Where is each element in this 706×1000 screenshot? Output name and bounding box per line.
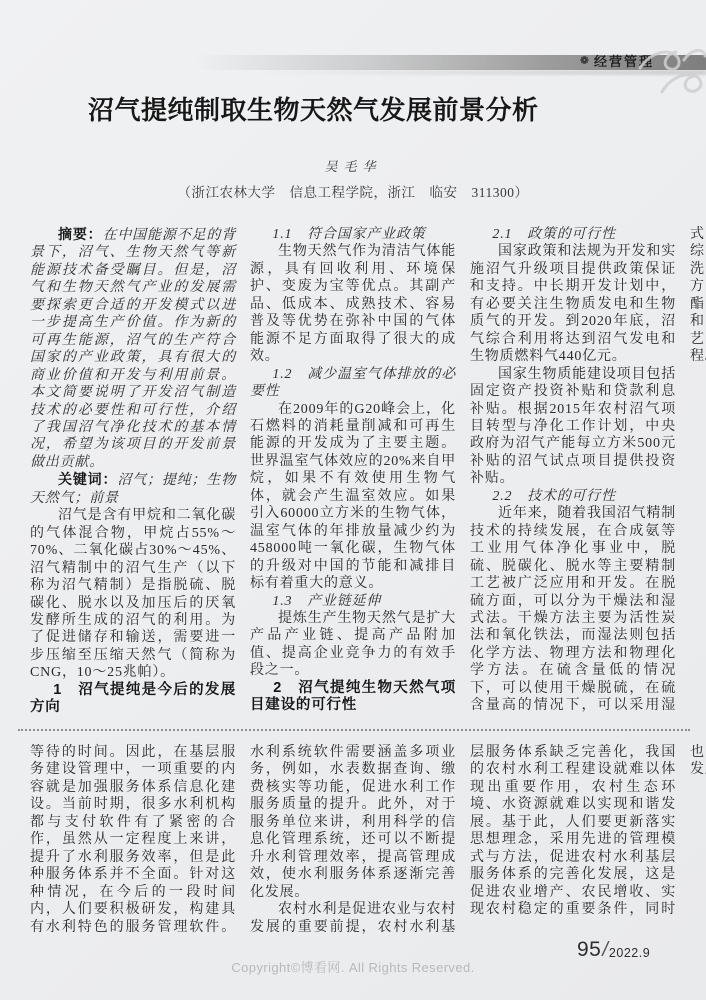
keywords-paragraph: 关键词：沼气；提纯；生物天然气；前景 [30,471,236,507]
paragraph-1-2: 在2009年的G20峰会上，化石燃料的消耗量削减和可再生能源的开发成为了主要主题… [250,401,456,593]
heading-2-1: 2.1 政策的可行性 [470,226,676,243]
abstract-label: 摘要： [58,226,103,242]
intro-paragraph: 沼气是含有甲烷和二氧化碳的气体混合物，甲烷占55%～70%、二氧化碳占30%～4… [30,507,236,682]
paragraph-1-1: 生物天然气作为清洁气体能源，具有回收利用、环境保护、变废为宝等优点。其副产品、低… [250,243,456,365]
abstract-paragraph: 摘要：在中国能源不足的背景下，沼气、生物天然气等新能源技术备受瞩目。但是，沼气和… [30,226,236,471]
corner-flourish-icon [632,40,706,102]
heading-1-2: 1.2 减少温室气体排放的必要性 [250,366,456,401]
paragraph-2-1b: 国家生物质能建设项目包括固定资产投资补贴和贷款利息补贴。根据2015年农村沼气项… [470,366,676,488]
abstract-text: 在中国能源不足的背景下，沼气、生物天然气等新能源技术备受瞩目。但是，沼气和生物天… [30,228,236,470]
paragraph-2-1a: 国家政策和法规为开发和实施沼气升级项目提供政策保证和支持。中长期开发计划中，有必… [470,243,676,365]
journal-page: ❁ 经营管理 沼气提纯制取生物天然气发展前景分析 吴毛华 （浙江农林大学 信息工… [0,0,706,1000]
article-body: 摘要：在中国能源不足的背景下，沼气、生物天然气等新能源技术备受瞩目。但是，沼气和… [30,226,676,728]
copyright-notice: Copyright©博看网. All Rights Reserved. [0,957,706,976]
heading-1: 1 沼气提纯是今后的发展方向 [30,682,236,717]
paragraph-1-3: 提炼生产生物天然气是扩大产品产业链、提高产品附加值、提高企业竞争力的有效手段之一… [250,610,456,680]
article-author: 吴毛华 [0,156,706,175]
article-title: 沼气提纯制取生物天然气发展前景分析 [88,90,548,127]
heading-2: 2 沼气提纯生物天然气项目建设的可行性 [250,680,456,715]
previous-article-continuation: 等待的时间。因此，在基层服务建设管理中，一项重要的内容就是加强服务体系信息化建设… [30,744,676,938]
heading-1-1: 1.1 符合国家产业政策 [250,226,456,243]
flower-icon: ❁ [580,54,589,67]
article-affiliation: （浙江农林大学 信息工程学院，浙江 临安 311300） [0,181,706,201]
heading-1-3: 1.3 产业链延伸 [250,593,456,610]
article-divider [18,729,690,731]
keywords-label: 关键词： [58,471,117,487]
heading-2-2: 2.2 技术的可行性 [470,488,676,505]
